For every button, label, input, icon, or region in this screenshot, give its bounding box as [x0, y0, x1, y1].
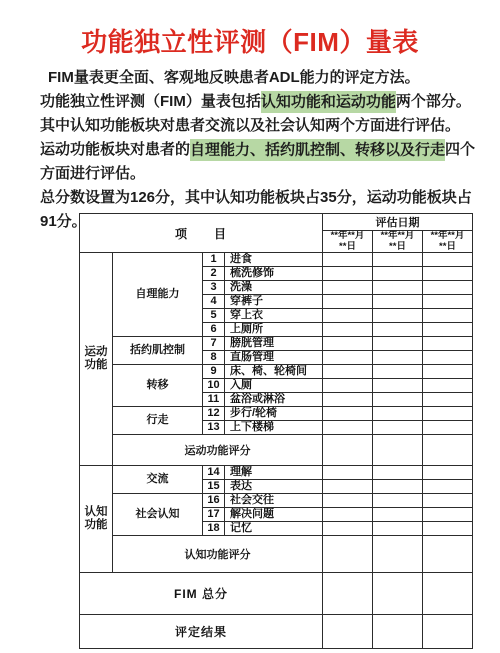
date-cell: [323, 435, 373, 466]
date-cell: [423, 281, 473, 295]
date-cell: [323, 309, 373, 323]
date-cell: [423, 522, 473, 536]
date-cell: [373, 421, 423, 435]
item-number: 6: [203, 323, 225, 337]
intro-text: 运动功能板块对患者的: [40, 141, 190, 158]
intro-line: 功能独立性评测（FIM）量表包括认知功能和运动功能两个部分。: [40, 90, 472, 114]
date-cell: [323, 253, 373, 267]
intro-text: 方面进行评估。: [40, 165, 145, 182]
date-cell: [323, 494, 373, 508]
item-label: 床、椅、轮椅间: [225, 365, 323, 379]
category-cell: 自理能力: [113, 253, 203, 337]
date-cell: [323, 508, 373, 522]
date-cell: [423, 407, 473, 421]
date-cell: [373, 536, 423, 573]
item-label: 穿上衣: [225, 309, 323, 323]
date-cell: [323, 480, 373, 494]
date-cell: [373, 615, 423, 649]
item-label: 记忆: [225, 522, 323, 536]
intro-line: 方面进行评估。: [40, 162, 472, 186]
intro-line: 运动功能板块对患者的自理能力、括约肌控制、转移以及行走四个: [40, 138, 472, 162]
item-label: 上厕所: [225, 323, 323, 337]
item-number: 2: [203, 267, 225, 281]
intro-text: FIM量表更全面、客观地反映患者ADL能力的评定方法。: [48, 69, 420, 86]
table-row: 认知 功能交流14理解: [80, 466, 473, 480]
date-cell: [423, 267, 473, 281]
category-cell: 行走: [113, 407, 203, 435]
date-cell: [323, 536, 373, 573]
date-cell: [423, 573, 473, 615]
item-label: 膀胱管理: [225, 337, 323, 351]
date-cell: [323, 323, 373, 337]
date-cell: [423, 494, 473, 508]
item-number: 5: [203, 309, 225, 323]
score-row: 认知功能评分: [80, 536, 473, 573]
date-cell: [423, 480, 473, 494]
date-cell: [373, 379, 423, 393]
item-number: 7: [203, 337, 225, 351]
result-row: 评定结果: [80, 615, 473, 649]
item-label: 上下楼梯: [225, 421, 323, 435]
intro-text: 两个部分。: [396, 93, 471, 110]
table-row: 运动 功能自理能力1进食: [80, 253, 473, 267]
date-cell: [323, 615, 373, 649]
item-number: 12: [203, 407, 225, 421]
intro-text: 总分数设置为126分，其中认知功能板块占35分，运动功能板块占: [40, 189, 472, 206]
date-cell: [323, 365, 373, 379]
intro-text: 四个: [445, 141, 475, 158]
score-label: 认知功能评分: [113, 536, 323, 573]
intro-line: 其中认知功能板块对患者交流以及社会认知两个方面进行评估。: [40, 114, 472, 138]
column-header-item: 项 目: [80, 214, 323, 253]
intro-line: FIM量表更全面、客观地反映患者ADL能力的评定方法。: [40, 66, 472, 90]
item-number: 4: [203, 295, 225, 309]
item-number: 1: [203, 253, 225, 267]
date-line1: **年**月: [373, 231, 422, 242]
date-cell: [323, 295, 373, 309]
item-number: 8: [203, 351, 225, 365]
date-cell: [323, 407, 373, 421]
date-cell: [373, 295, 423, 309]
item-number: 18: [203, 522, 225, 536]
header-row: 项 目评估日期: [80, 214, 473, 231]
item-number: 10: [203, 379, 225, 393]
item-number: 11: [203, 393, 225, 407]
item-label: 社会交往: [225, 494, 323, 508]
date-line2: **日: [323, 242, 372, 253]
date-cell: [373, 309, 423, 323]
item-label: 表达: [225, 480, 323, 494]
category-cell: 交流: [113, 466, 203, 494]
category-cell: 括约肌控制: [113, 337, 203, 365]
intro-text: 功能独立性评测（FIM）量表包括: [40, 93, 261, 110]
result-label: 评定结果: [80, 615, 323, 649]
date-cell: [323, 379, 373, 393]
date-cell: [423, 393, 473, 407]
date-cell: [373, 494, 423, 508]
table-row: 转移9床、椅、轮椅间: [80, 365, 473, 379]
date-cell: [323, 573, 373, 615]
date-cell: [423, 295, 473, 309]
item-label: 盆浴或淋浴: [225, 393, 323, 407]
date-cell: [323, 421, 373, 435]
date-cell: [373, 407, 423, 421]
item-number: 9: [203, 365, 225, 379]
group-cell: 认知 功能: [80, 466, 113, 573]
item-label: 理解: [225, 466, 323, 480]
column-header-date: **年**月**日: [423, 231, 473, 253]
group-cell: 运动 功能: [80, 253, 113, 466]
item-number: 13: [203, 421, 225, 435]
date-line1: **年**月: [323, 231, 372, 242]
table-head: 项 目评估日期**年**月**日**年**月**日**年**月**日: [80, 214, 473, 253]
date-cell: [423, 253, 473, 267]
date-line2: **日: [373, 242, 422, 253]
intro-text: 其中认知功能板块对患者交流以及社会认知两个方面进行评估。: [40, 117, 460, 134]
intro-line: 总分数设置为126分，其中认知功能板块占35分，运动功能板块占: [40, 186, 472, 210]
highlight-text: 认知功能和运动功能: [261, 91, 396, 113]
score-label: 运动功能评分: [113, 435, 323, 466]
intro-paragraphs: FIM量表更全面、客观地反映患者ADL能力的评定方法。功能独立性评测（FIM）量…: [40, 66, 472, 234]
item-label: 梳洗修饰: [225, 267, 323, 281]
date-cell: [323, 281, 373, 295]
date-cell: [373, 267, 423, 281]
fim-total-row: FIM 总分: [80, 573, 473, 615]
item-label: 步行/轮椅: [225, 407, 323, 421]
date-cell: [373, 522, 423, 536]
date-cell: [373, 253, 423, 267]
item-label: 入厕: [225, 379, 323, 393]
date-cell: [423, 351, 473, 365]
item-number: 15: [203, 480, 225, 494]
date-cell: [373, 281, 423, 295]
date-cell: [423, 466, 473, 480]
item-label: 进食: [225, 253, 323, 267]
date-cell: [423, 365, 473, 379]
column-header-date-group: 评估日期: [323, 214, 473, 231]
date-cell: [373, 466, 423, 480]
date-cell: [373, 393, 423, 407]
date-cell: [423, 615, 473, 649]
item-label: 穿裤子: [225, 295, 323, 309]
highlight-text: 自理能力、括约肌控制、转移以及行走: [190, 139, 445, 161]
column-header-date: **年**月**日: [373, 231, 423, 253]
item-label: 解决问题: [225, 508, 323, 522]
date-cell: [423, 536, 473, 573]
table-row: 社会认知16社会交往: [80, 494, 473, 508]
date-cell: [323, 393, 373, 407]
date-cell: [373, 508, 423, 522]
item-label: 直肠管理: [225, 351, 323, 365]
table-row: 括约肌控制7膀胱管理: [80, 337, 473, 351]
date-cell: [373, 365, 423, 379]
date-cell: [423, 337, 473, 351]
category-cell: 转移: [113, 365, 203, 407]
score-row: 运动功能评分: [80, 435, 473, 466]
date-cell: [323, 466, 373, 480]
date-line2: **日: [423, 242, 472, 253]
date-cell: [373, 351, 423, 365]
date-cell: [423, 309, 473, 323]
page-title: 功能独立性评测（FIM）量表: [0, 22, 500, 59]
column-header-date: **年**月**日: [323, 231, 373, 253]
date-cell: [323, 337, 373, 351]
date-cell: [423, 508, 473, 522]
date-cell: [423, 435, 473, 466]
date-cell: [373, 337, 423, 351]
date-cell: [423, 323, 473, 337]
category-cell: 社会认知: [113, 494, 203, 536]
date-cell: [373, 323, 423, 337]
date-cell: [373, 573, 423, 615]
fim-table: 项 目评估日期**年**月**日**年**月**日**年**月**日 运动 功能…: [79, 213, 473, 649]
date-cell: [323, 351, 373, 365]
date-cell: [323, 522, 373, 536]
date-cell: [423, 379, 473, 393]
item-number: 16: [203, 494, 225, 508]
date-cell: [373, 480, 423, 494]
date-cell: [373, 435, 423, 466]
item-number: 17: [203, 508, 225, 522]
item-number: 3: [203, 281, 225, 295]
item-number: 14: [203, 466, 225, 480]
date-cell: [323, 267, 373, 281]
table-row: 行走12步行/轮椅: [80, 407, 473, 421]
date-line1: **年**月: [423, 231, 472, 242]
item-label: 洗澡: [225, 281, 323, 295]
date-cell: [423, 421, 473, 435]
table-body: 运动 功能自理能力1进食2梳洗修饰3洗澡4穿裤子5穿上衣6上厕所括约肌控制7膀胱…: [80, 253, 473, 649]
fim-total-label: FIM 总分: [80, 573, 323, 615]
